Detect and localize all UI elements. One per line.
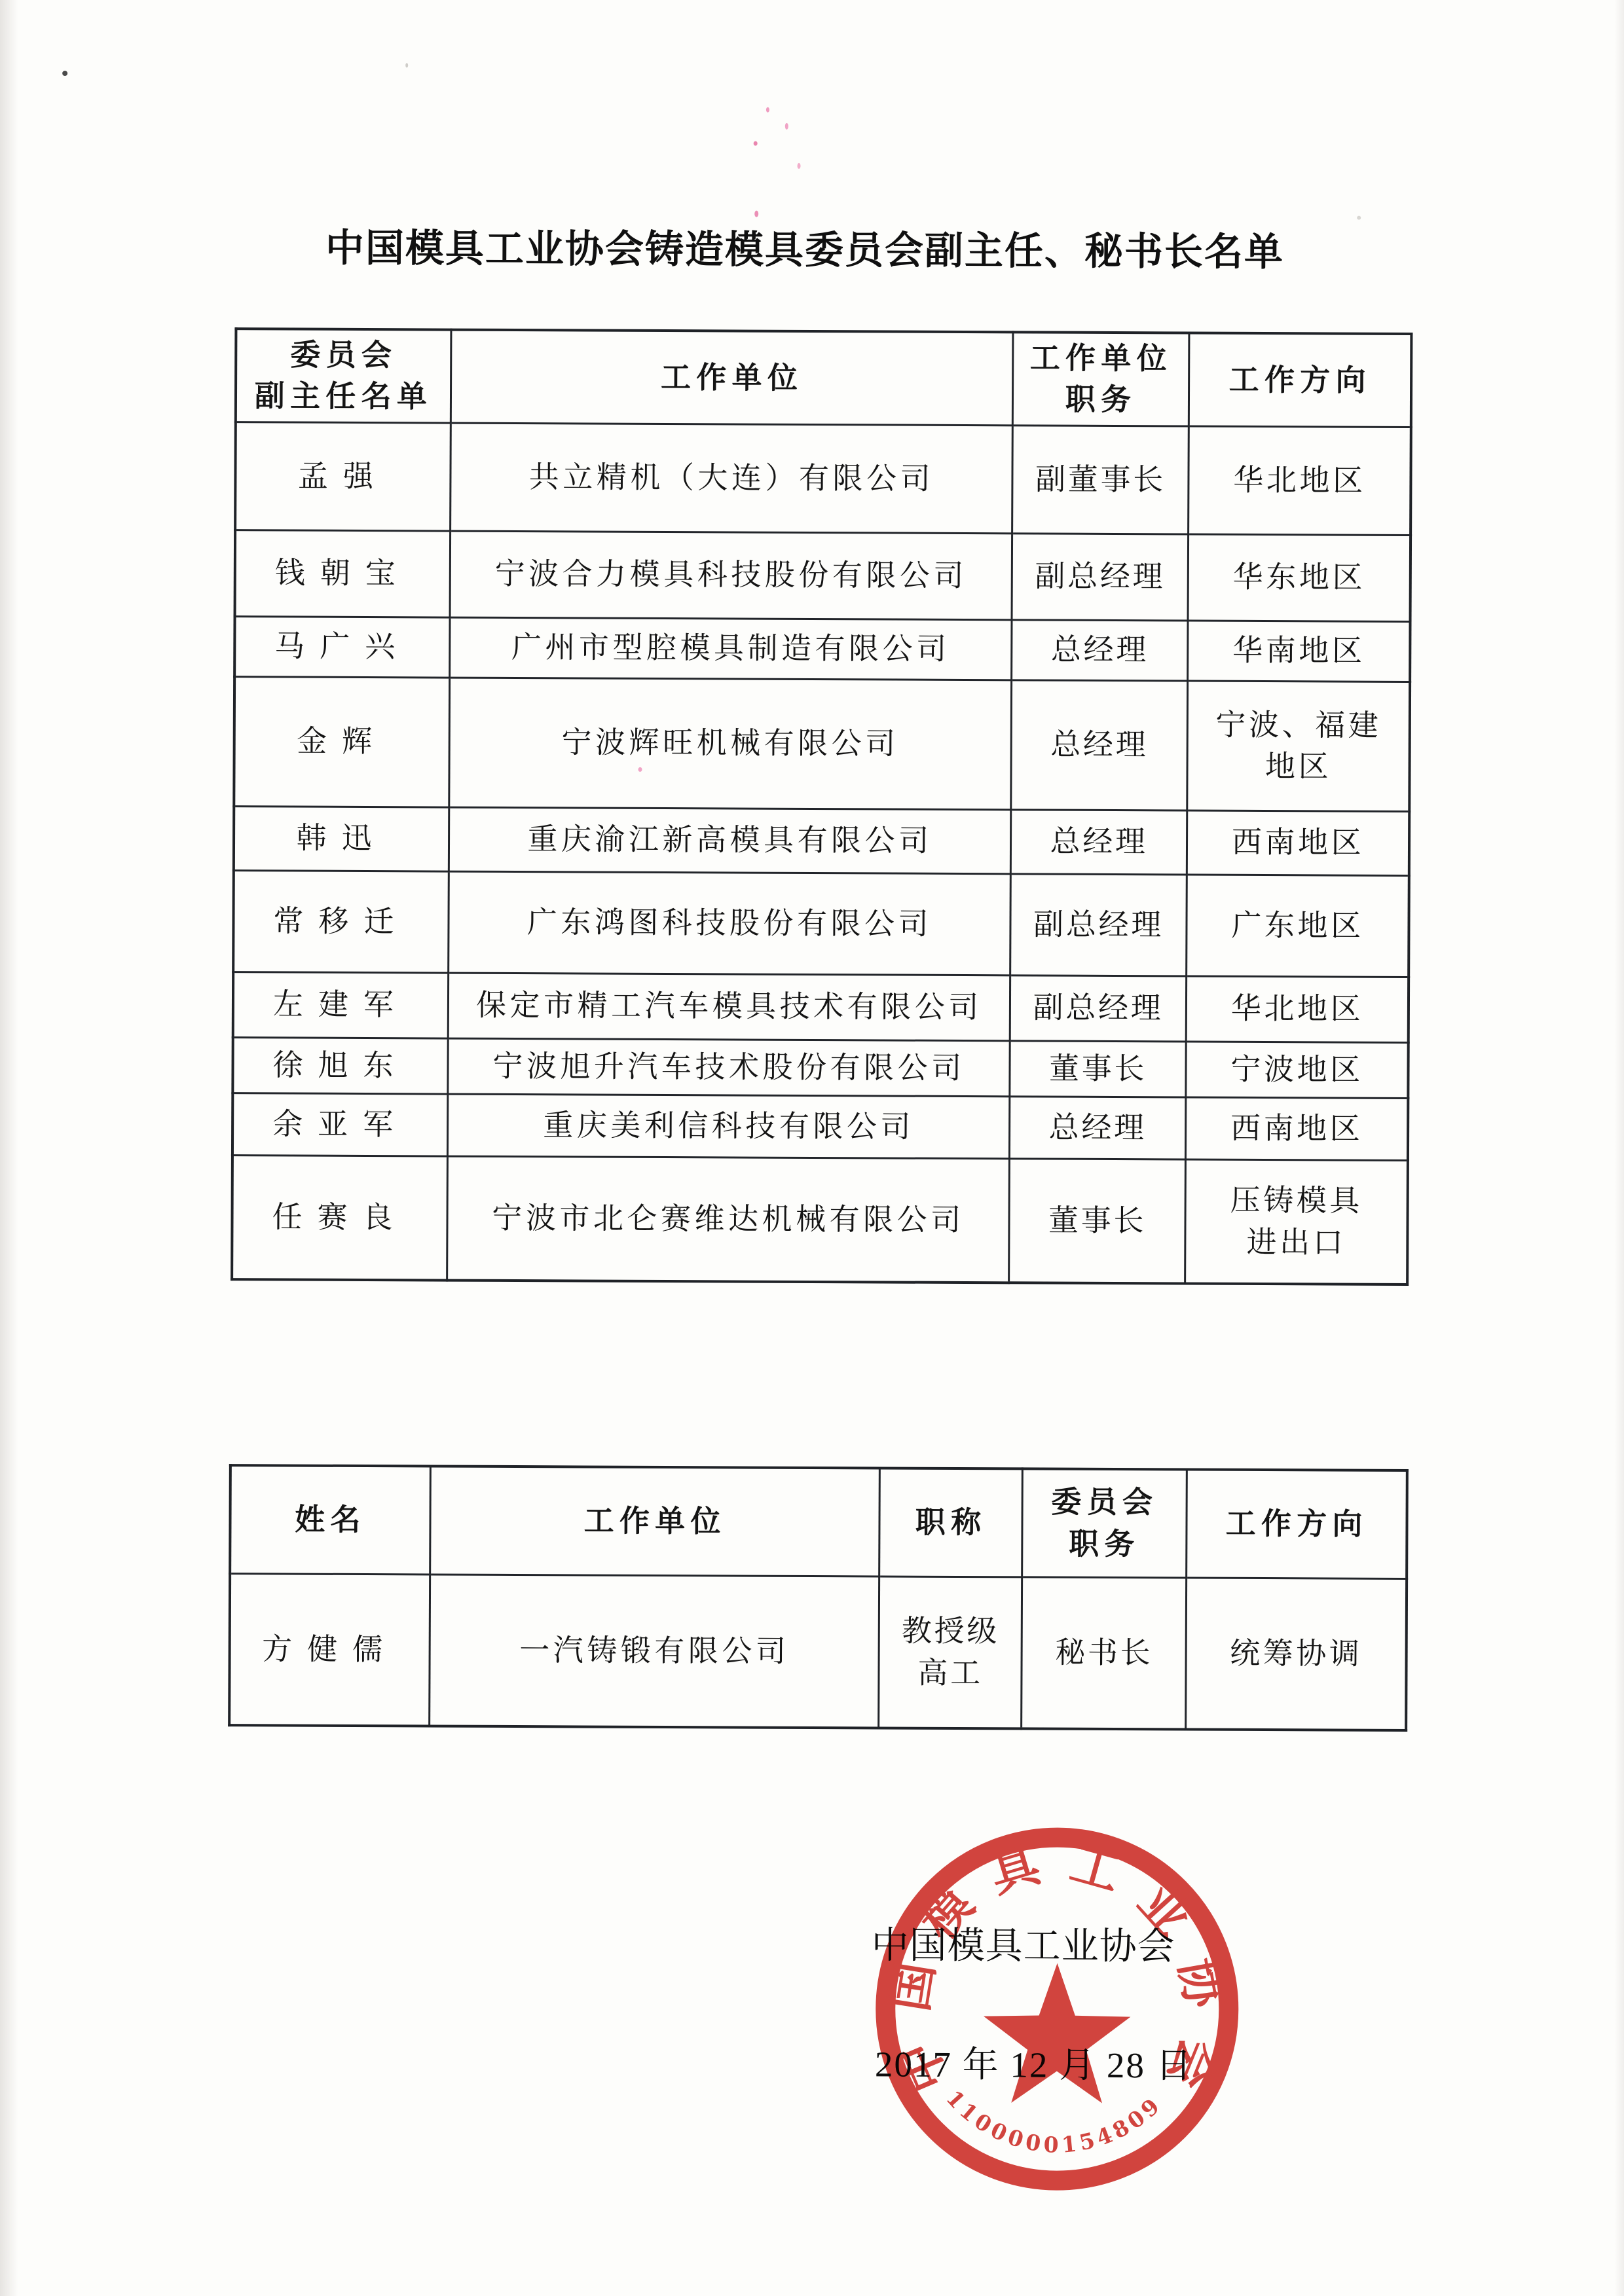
name-cell: 马广兴 — [234, 616, 450, 677]
header-cell: 姓名 — [230, 1465, 430, 1574]
name-cell: 余亚军 — [232, 1093, 448, 1156]
position-cell: 副总经理 — [1010, 873, 1187, 975]
official-seal: 中国模具工业协会 1100000154809 — [873, 1825, 1241, 2193]
region-cell: 广东地区 — [1187, 874, 1409, 976]
scan-speckle — [785, 123, 788, 130]
region-cell: 华南地区 — [1188, 620, 1411, 681]
table-row: 钱朝宝 宁波合力模具科技股份有限公司 副总经理 华东地区 — [235, 530, 1411, 621]
name-cell: 常移迁 — [233, 870, 449, 972]
company-cell: 保定市精工汽车模具技术有限公司 — [448, 973, 1010, 1041]
position-cell: 副总经理 — [1012, 533, 1189, 620]
scan-speckle — [754, 211, 758, 217]
region-cell: 华北地区 — [1186, 975, 1409, 1042]
table-header-row: 委员会 副主任名单 工作单位 工作单位 职务 工作方向 — [236, 329, 1412, 427]
position-cell: 副总经理 — [1010, 975, 1187, 1041]
position-cell: 董事长 — [1010, 1040, 1187, 1097]
position-cell: 总经理 — [1012, 619, 1189, 680]
region-cell: 宁波地区 — [1186, 1041, 1409, 1097]
header-cell: 工作方向 — [1189, 333, 1412, 427]
name-cell: 钱朝宝 — [235, 530, 451, 617]
document-page: 中国模具工业协会铸造模具委员会副主任、秘书长名单 委员会 副主任名单 工作单位 … — [0, 0, 1624, 2296]
header-cell: 工作单位 — [430, 1466, 880, 1576]
region-cell: 华北地区 — [1189, 426, 1411, 535]
company-cell: 宁波合力模具科技股份有限公司 — [450, 531, 1012, 620]
vice-chairmen-table: 委员会 副主任名单 工作单位 工作单位 职务 工作方向 孟强 共立精机（大连）有… — [231, 327, 1412, 1286]
scan-speckle — [405, 63, 408, 67]
header-cell: 工作单位 职务 — [1012, 332, 1189, 426]
scan-speckle — [766, 107, 769, 113]
table-row: 金辉 宁波辉旺机械有限公司 总经理 宁波、福建 地区 — [234, 676, 1410, 811]
table-row: 余亚军 重庆美利信科技有限公司 总经理 西南地区 — [232, 1093, 1408, 1160]
company-cell: 共立精机（大连）有限公司 — [451, 423, 1013, 534]
association-signature: 中国模具工业协会 — [834, 1915, 1213, 1971]
region-cell: 华东地区 — [1188, 534, 1411, 621]
position-cell: 总经理 — [1009, 1096, 1186, 1159]
position-cell: 董事长 — [1009, 1158, 1186, 1283]
header-cell: 工作方向 — [1187, 1470, 1407, 1578]
company-cell: 宁波旭升汽车技术股份有限公司 — [448, 1038, 1010, 1097]
seal-serial-number: 1100000154809 — [941, 2085, 1166, 2158]
secretary-general-table: 姓名 工作单位 职称 委员会 职务 工作方向 方健儒 一汽铸锻有限公司 教授级 … — [228, 1464, 1409, 1732]
region-cell: 西南地区 — [1186, 1097, 1409, 1159]
position-cell: 总经理 — [1011, 680, 1188, 810]
page-title: 中国模具工业协会铸造模具委员会副主任、秘书长名单 — [4, 215, 1606, 278]
header-cell: 委员会 副主任名单 — [236, 329, 451, 422]
company-cell: 广东鸿图科技股份有限公司 — [449, 871, 1011, 975]
name-cell: 孟强 — [235, 422, 451, 530]
company-cell: 重庆美利信科技有限公司 — [447, 1094, 1009, 1159]
region-cell: 西南地区 — [1187, 810, 1410, 875]
scan-speckle — [754, 141, 758, 146]
table-row: 任赛良 宁波市北仑赛维达机械有限公司 董事长 压铸模具 进出口 — [232, 1155, 1408, 1285]
name-cell: 韩迅 — [234, 806, 449, 871]
table-row: 孟强 共立精机（大连）有限公司 副董事长 华北地区 — [235, 422, 1411, 535]
header-cell: 工作单位 — [451, 330, 1013, 426]
table-row: 马广兴 广州市型腔模具制造有限公司 总经理 华南地区 — [234, 616, 1410, 682]
region-cell: 压铸模具 进出口 — [1185, 1159, 1408, 1284]
name-cell: 金辉 — [234, 676, 449, 807]
position-cell: 总经理 — [1010, 809, 1187, 874]
company-cell: 一汽铸锻有限公司 — [430, 1574, 879, 1728]
scan-speckle — [62, 71, 67, 76]
region-cell: 宁波、福建 地区 — [1187, 680, 1410, 811]
table-row: 常移迁 广东鸿图科技股份有限公司 副总经理 广东地区 — [233, 870, 1409, 977]
table-header-row: 姓名 工作单位 职称 委员会 职务 工作方向 — [230, 1465, 1407, 1578]
table-row: 徐旭东 宁波旭升汽车技术股份有限公司 董事长 宁波地区 — [232, 1037, 1408, 1098]
name-cell: 徐旭东 — [232, 1037, 448, 1093]
company-cell: 宁波辉旺机械有限公司 — [449, 678, 1012, 810]
position-cell: 副董事长 — [1012, 425, 1189, 534]
company-cell: 广州市型腔模具制造有限公司 — [450, 617, 1012, 680]
table-row: 左建军 保定市精工汽车模具技术有限公司 副总经理 华北地区 — [233, 972, 1409, 1042]
scan-speckle — [798, 163, 801, 169]
name-cell: 方健儒 — [229, 1573, 430, 1726]
direction-cell: 统筹协调 — [1186, 1578, 1407, 1730]
company-cell: 重庆渝江新高模具有限公司 — [449, 807, 1010, 874]
scan-speckle — [1357, 216, 1361, 220]
table-row: 韩迅 重庆渝江新高模具有限公司 总经理 西南地区 — [234, 806, 1409, 875]
table-row: 方健儒 一汽铸锻有限公司 教授级 高工 秘书长 统筹协调 — [229, 1573, 1407, 1730]
company-cell: 宁波市北仑赛维达机械有限公司 — [447, 1156, 1010, 1283]
header-cell: 委员会 职务 — [1022, 1468, 1187, 1577]
committee-role-cell: 秘书长 — [1021, 1576, 1187, 1729]
name-cell: 左建军 — [233, 972, 449, 1038]
name-cell: 任赛良 — [232, 1155, 447, 1280]
document-date: 2017 年 12 月 28 日 — [829, 2035, 1239, 2088]
header-cell: 职称 — [879, 1468, 1022, 1576]
title-cell: 教授级 高工 — [879, 1576, 1022, 1728]
